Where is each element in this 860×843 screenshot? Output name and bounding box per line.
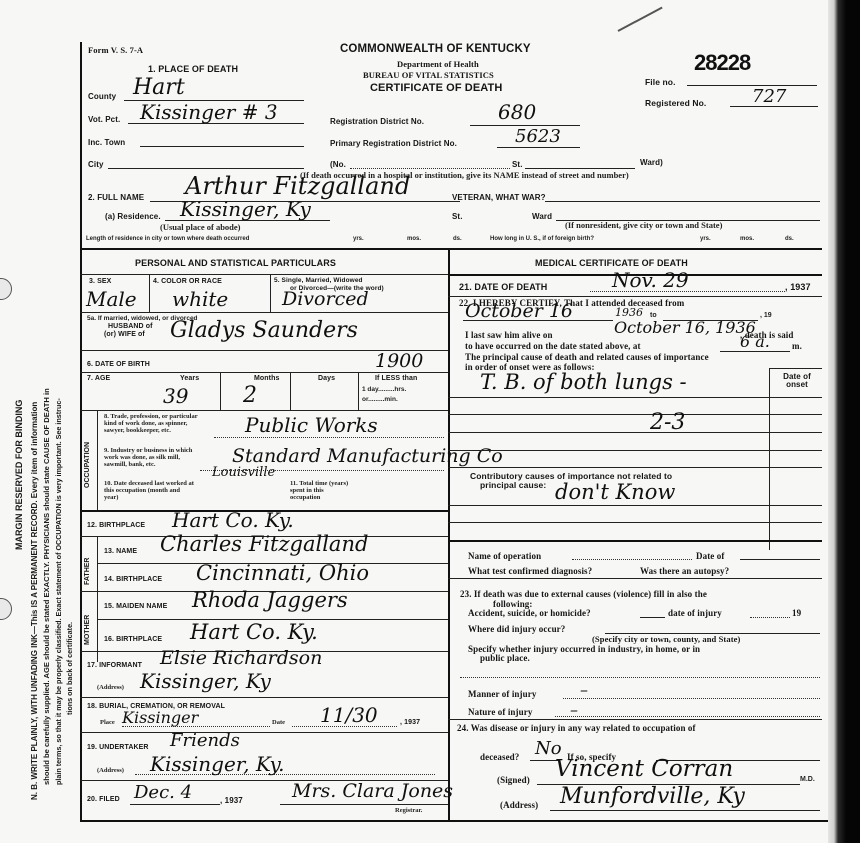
last-saw-label: I last saw him alive on (465, 330, 553, 340)
registered-number-label: Registered No. (645, 98, 706, 108)
physician-address-line (550, 810, 820, 811)
months-value: 2 (243, 383, 257, 408)
street-label: St. (512, 160, 523, 169)
ward-label: Ward) (640, 158, 663, 167)
length-of-residence-label: Length of residence in city or town wher… (86, 236, 249, 242)
less-than-min: or.........min. (362, 396, 398, 403)
trade-line (214, 437, 444, 438)
burial-year: , 1937 (400, 719, 420, 726)
bureau-name: BUREAU OF VITAL STATISTICS (363, 70, 494, 80)
voting-precinct-value: Kissinger # 3 (140, 100, 278, 124)
spouse-value: Gladys Saunders (170, 318, 358, 343)
date-of-death-value: Nov. 29 (612, 268, 689, 292)
parents-side-divider (97, 536, 98, 662)
registration-district-label: Registration District No. (330, 117, 424, 126)
industry-label-1: 9. Industry or business in which (104, 447, 192, 454)
check-mark (618, 7, 663, 32)
full-name-label: 2. FULL NAME (88, 193, 144, 202)
row-rule-11 (80, 697, 448, 698)
months-divider (290, 372, 291, 410)
nature-value: – (570, 700, 578, 719)
m-label: m. (792, 341, 802, 351)
specify-place-note: (Specify city or town, county, and State… (592, 634, 740, 644)
cause-line-7 (448, 522, 822, 523)
date-of-birth-label: 6. DATE OF BIRTH (87, 361, 150, 368)
city-label: City (88, 160, 104, 169)
date-of-death-year: , 1937 (785, 282, 811, 292)
industry-label: 9. Industry or business in which work wa… (104, 447, 192, 468)
days-divider (358, 372, 359, 410)
length-mos: mos. (407, 236, 421, 242)
operation-rule (448, 578, 822, 579)
registrar-line (280, 804, 448, 805)
scan-edge (828, 0, 860, 843)
section-divider (80, 248, 822, 250)
foreign-ds: ds. (785, 236, 794, 242)
physician-address-label: (Address) (500, 800, 538, 810)
residence-label: (a) Residence. (105, 212, 161, 221)
primary-registration-value: 5623 (515, 126, 561, 147)
external-causes-label-1: 23. If death was due to external causes … (460, 589, 707, 599)
father-birthplace-value: Cincinnati, Ohio (196, 561, 369, 585)
cause-section-rule (448, 540, 822, 542)
filed-year: , 1937 (220, 796, 243, 805)
color-divider (270, 274, 271, 312)
mother-birthplace-value: Hart Co. Ky. (190, 620, 318, 644)
undertaker-address-value: Kissinger, Ky. (150, 752, 285, 776)
burial-place-value: Kissinger (122, 708, 198, 727)
undertaker-value: Friends (170, 730, 240, 751)
registrar-label: Registrar. (395, 807, 422, 814)
binding-hole-bottom (0, 598, 12, 620)
county-label: County (88, 92, 116, 101)
years-value: 39 (163, 384, 188, 408)
date-of-injury-label: date of injury (668, 608, 722, 618)
manner-label: Manner of injury (468, 689, 536, 699)
deceased-label: deceased? (480, 752, 519, 762)
total-time-label-3: occupation (290, 494, 348, 501)
test-label: What test confirmed diagnosis? (468, 566, 592, 576)
occupation-side-divider (97, 410, 98, 510)
trade-label-2: kind of work done, as spinner, (104, 420, 198, 427)
industry-label-2: work was done, as silk mill, (104, 454, 192, 461)
marital-label-1: 5. Single, Married, Widowed (274, 277, 363, 284)
date-of-onset-label: Date of onset (775, 373, 819, 389)
principal-cause-label-1: The principal cause of death and related… (465, 352, 709, 362)
industry-value: Standard Manufacturing Co (232, 445, 503, 467)
row-rule-12 (80, 732, 448, 733)
spouse-label-2: HUSBAND of (108, 323, 153, 330)
less-than-day: 1 day.........hrs. (362, 386, 406, 393)
margin-instructions-line-3: plain terms, so that it may be properly … (54, 398, 63, 785)
industry-label-3: sawmill, bank, etc. (104, 461, 192, 468)
informant-address-value: Kissinger, Ky (140, 669, 271, 693)
medical-rule-1 (448, 296, 822, 297)
nineteen-label: , 19 (760, 312, 772, 319)
trade-label-3: sawyer, bookkeeper, etc. (104, 427, 198, 434)
undertaker-address-label: (Address) (97, 767, 124, 774)
nature-label: Nature of injury (468, 707, 532, 717)
trade-value: Public Works (245, 413, 378, 437)
nature-line (555, 716, 820, 717)
nineteen-injury: 19 (792, 608, 801, 618)
form-number: Form V. S. 7-A (88, 45, 143, 55)
usual-place-note: (Usual place of abode) (160, 222, 241, 232)
place-of-death-heading: 1. PLACE OF DEATH (148, 64, 238, 74)
sex-value: Male (86, 287, 137, 311)
primary-registration-line (497, 147, 580, 148)
time-value: 6 a. (740, 332, 770, 351)
sex-label: 3. SEX (89, 278, 111, 285)
veteran-label: VETERAN, WHAT WAR? (452, 193, 546, 202)
trade-label: 8. Trade, profession, or particular kind… (104, 413, 198, 434)
total-time-label: 11. Total time (years) spent in this occ… (290, 480, 348, 501)
street-line (525, 168, 635, 169)
contributory-value: don't Know (555, 480, 675, 504)
injury-blank-line (460, 677, 820, 678)
filed-value: Dec. 4 (134, 782, 192, 803)
manner-value: – (580, 680, 588, 699)
cause-line-3 (448, 432, 822, 433)
age-label: 7. AGE (87, 375, 110, 382)
mother-maiden-value: Rhoda Jaggers (192, 588, 348, 612)
informant-value: Elsie Richardson (160, 647, 322, 669)
attended-from-value: October 16 (465, 300, 573, 322)
months-label: Months (254, 375, 279, 382)
department-name: Department of Health (397, 59, 479, 69)
accident-line (640, 617, 665, 618)
last-saw-value: October 16, 1936 (614, 318, 756, 337)
binding-hole-top (0, 278, 12, 300)
cause-line-2 (448, 414, 822, 415)
onset-header-rule (769, 368, 822, 369)
occupation-side-label: OCCUPATION (84, 442, 91, 488)
days-label: Days (318, 375, 335, 382)
city-line (108, 168, 304, 169)
marital-value: Divorced (282, 288, 369, 310)
foreign-yrs: yrs. (700, 236, 711, 242)
date-of-birth-value: 1900 (375, 350, 423, 372)
injury-rule (448, 719, 822, 720)
father-name-value: Charles Fitzgalland (160, 532, 368, 556)
cause-line-5 (448, 467, 822, 468)
undertaker-label: 19. UNDERTAKER (87, 744, 149, 751)
street-number-line (350, 168, 510, 169)
color-label: 4. COLOR OR RACE (153, 278, 222, 285)
residence-value: Kissinger, Ky (180, 197, 311, 221)
father-side-label: FATHER (84, 558, 91, 585)
death-certificate: MARGIN RESERVED FOR BINDING N. B. WRITE … (0, 0, 828, 843)
physician-suffix: M.D. (800, 776, 815, 783)
total-time-label-1: 11. Total time (years) (290, 480, 348, 487)
spouse-label-3: (or) WIFE of (104, 331, 145, 338)
operation-line (572, 559, 692, 560)
birthplace-label: 12. BIRTHPLACE (87, 522, 145, 529)
total-time-label-2: spent in this (290, 487, 348, 494)
color-value: white (172, 287, 228, 311)
years-label: Years (180, 375, 199, 382)
last-worked-label: 10. Date deceased last worked at this oc… (104, 480, 194, 501)
margin-instructions-line-1: N. B. WRITE PLAINLY, WITH UNFADING INK—T… (30, 402, 39, 800)
specify-whether-label-2: public place. (480, 653, 530, 663)
column-divider (448, 248, 450, 820)
last-worked-label-2: this occupation (month and (104, 487, 194, 494)
length-ds: ds. (453, 236, 462, 242)
primary-registration-label: Primary Registration District No. (330, 139, 457, 148)
inc-town-line (140, 146, 304, 147)
time-line (720, 351, 790, 352)
informant-address-label: (Address) (97, 684, 124, 691)
row-rule-1 (80, 312, 448, 313)
burial-date-label: Date (272, 719, 285, 726)
sex-divider (149, 274, 150, 312)
father-name-label: 13. NAME (104, 548, 137, 555)
frame-bottom-border (80, 820, 828, 822)
inc-town-label: Inc. Town (88, 138, 125, 147)
file-number-label: File no. (645, 77, 676, 87)
certificate-title: CERTIFICATE OF DEATH (370, 82, 502, 94)
mother-birthplace-label: 16. BIRTHPLACE (104, 636, 162, 643)
margin-binding-note: MARGIN RESERVED FOR BINDING (14, 400, 24, 550)
filed-label: 20. FILED (87, 796, 120, 803)
occupation-related-label: 24. Was disease or injury in any way rel… (457, 723, 696, 733)
street-number-label: (No. (330, 160, 346, 169)
operation-date-label: Date of (696, 551, 724, 561)
cause-line-4 (448, 450, 822, 451)
burial-date-value: 11/30 (320, 703, 378, 727)
foreign-mos: mos. (740, 236, 754, 242)
operation-date-line (740, 559, 820, 560)
registered-number-value: 727 (752, 86, 786, 107)
frame-left-border (80, 42, 82, 822)
burial-place-label: Place (100, 719, 115, 726)
file-number-value: 28228 (694, 50, 750, 76)
autopsy-label: Was there an autopsy? (640, 566, 729, 576)
residence-street-label: St. (452, 212, 463, 221)
less-than-label: If LESS than (375, 375, 417, 382)
full-name-value: Arthur Fitzgalland (185, 172, 410, 200)
registrar-signature: Mrs. Clara Jones (292, 780, 453, 802)
signed-label: (Signed) (497, 775, 530, 785)
margin-instructions-line-4: tions on back of certificate. (65, 622, 74, 715)
where-injury-label: Where did injury occur? (468, 624, 565, 634)
mother-side-label: MOTHER (84, 615, 91, 645)
registration-district-value: 680 (498, 100, 536, 124)
accident-label: Accident, suicide, or homicide? (468, 608, 591, 618)
filed-line (130, 804, 220, 805)
industry-location: Louisville (212, 465, 275, 480)
physician-signature: Vincent Corran (555, 756, 733, 782)
mother-maiden-label: 15. MAIDEN NAME (104, 603, 167, 610)
personal-heading-rule (80, 274, 448, 275)
manner-line (563, 698, 820, 699)
birthplace-value: Hart Co. Ky. (172, 508, 294, 532)
operation-label: Name of operation (468, 551, 541, 561)
occurred-label: to have occurred on the date stated abov… (465, 341, 641, 351)
margin-instructions-line-2: should be carefully supplied. AGE should… (42, 388, 51, 785)
trade-label-1: 8. Trade, profession, or particular (104, 413, 198, 420)
foreign-birth-label: How long in U. S., if of foreign birth? (490, 236, 594, 242)
row-rule-4 (80, 410, 448, 411)
veteran-line (545, 201, 820, 202)
cause-line-6 (448, 505, 822, 506)
contributory-label-2: principal cause: (480, 480, 546, 490)
state-name: COMMONWEALTH OF KENTUCKY (340, 43, 531, 55)
informant-label: 17. INFORMANT (87, 662, 142, 669)
personal-heading: PERSONAL AND STATISTICAL PARTICULARS (135, 258, 336, 268)
years-divider (220, 372, 221, 410)
nonresident-note: (If nonresident, give city or town and S… (565, 220, 722, 230)
length-yrs: yrs. (353, 236, 364, 242)
last-worked-label-1: 10. Date deceased last worked at (104, 480, 194, 487)
medical-heading: MEDICAL CERTIFICATE OF DEATH (535, 258, 688, 268)
county-value: Hart (133, 75, 185, 100)
residence-ward-label: Ward (532, 212, 552, 221)
cause-line-1 (448, 397, 822, 398)
row-rule-3 (80, 372, 448, 373)
physician-address-value: Munfordville, Ky (560, 784, 745, 809)
last-worked-label-3: year) (104, 494, 194, 501)
date-of-death-label: 21. DATE OF DEATH (459, 282, 547, 292)
father-birthplace-label: 14. BIRTHPLACE (104, 576, 162, 583)
date-of-injury-line (750, 617, 790, 618)
voting-precinct-label: Vot. Pct. (88, 115, 120, 124)
cause-value: T. B. of both lungs - (480, 370, 687, 394)
